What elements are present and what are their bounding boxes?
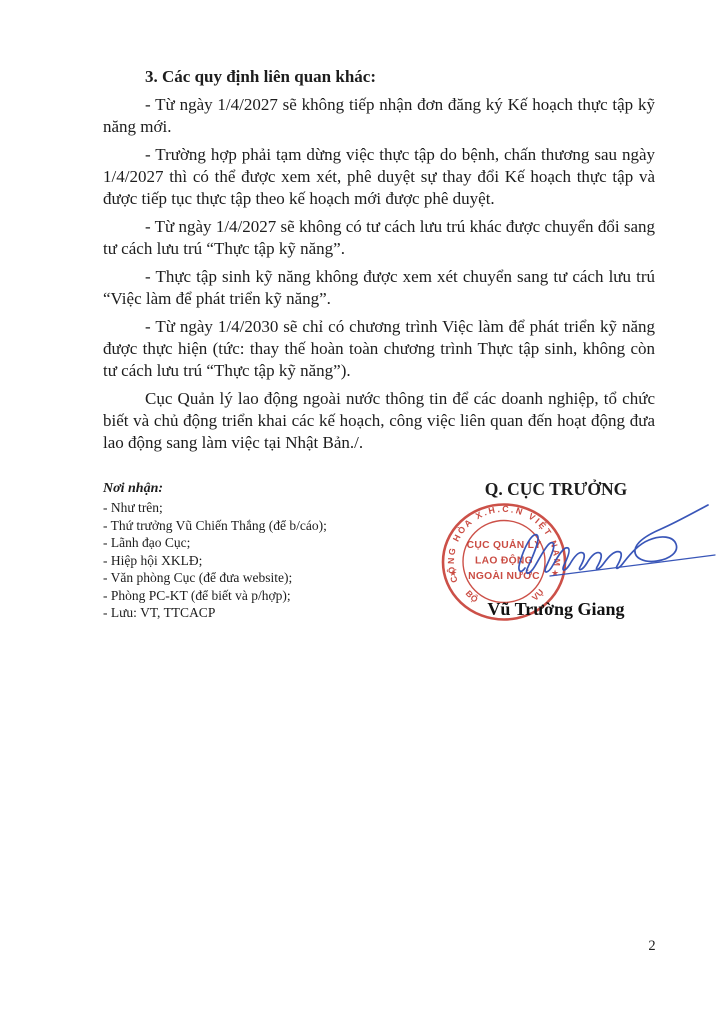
paragraph: - Trường hợp phải tạm dừng việc thực tập… xyxy=(103,144,655,210)
recipients-label: Nơi nhận: xyxy=(103,480,433,497)
paragraph: - Thực tập sinh kỹ năng không được xem x… xyxy=(103,266,655,310)
signature-stroke xyxy=(519,505,708,573)
paragraph: - Từ ngày 1/4/2030 sẽ chỉ có chương trìn… xyxy=(103,316,655,382)
section-heading: 3. Các quy định liên quan khác: xyxy=(103,66,655,88)
paragraph: - Từ ngày 1/4/2027 sẽ không có tư cách l… xyxy=(103,216,655,260)
recipient-item: - Lãnh đạo Cục; xyxy=(103,534,433,552)
document-page: 3. Các quy định liên quan khác: - Từ ngà… xyxy=(0,0,724,1024)
recipient-item: - Văn phòng Cục (để đưa website); xyxy=(103,569,433,587)
paragraph: Cục Quản lý lao động ngoài nước thông ti… xyxy=(103,388,655,454)
handwritten-signature xyxy=(505,498,720,583)
page-number: 2 xyxy=(640,938,664,955)
recipient-item: - Phòng PC-KT (để biết và p/hợp); xyxy=(103,587,433,605)
recipient-item: - Như trên; xyxy=(103,499,433,517)
document-body: 3. Các quy định liên quan khác: - Từ ngà… xyxy=(103,66,655,460)
recipient-item: - Lưu: VT, TTCACP xyxy=(103,604,433,622)
signature-block: Q. CỤC TRƯỞNG xyxy=(446,479,666,499)
signer-name: Vũ Trường Giang xyxy=(446,599,666,620)
recipient-item: - Thứ trưởng Vũ Chiến Thắng (để b/cáo); xyxy=(103,517,433,535)
stamp-star-left-icon: ★ xyxy=(449,568,457,578)
recipient-item: - Hiệp hội XKLĐ; xyxy=(103,552,433,570)
signer-title: Q. CỤC TRƯỞNG xyxy=(446,479,666,499)
paragraph: - Từ ngày 1/4/2027 sẽ không tiếp nhận đơ… xyxy=(103,94,655,138)
recipients-block: Nơi nhận: - Như trên; - Thứ trưởng Vũ Ch… xyxy=(103,480,433,622)
